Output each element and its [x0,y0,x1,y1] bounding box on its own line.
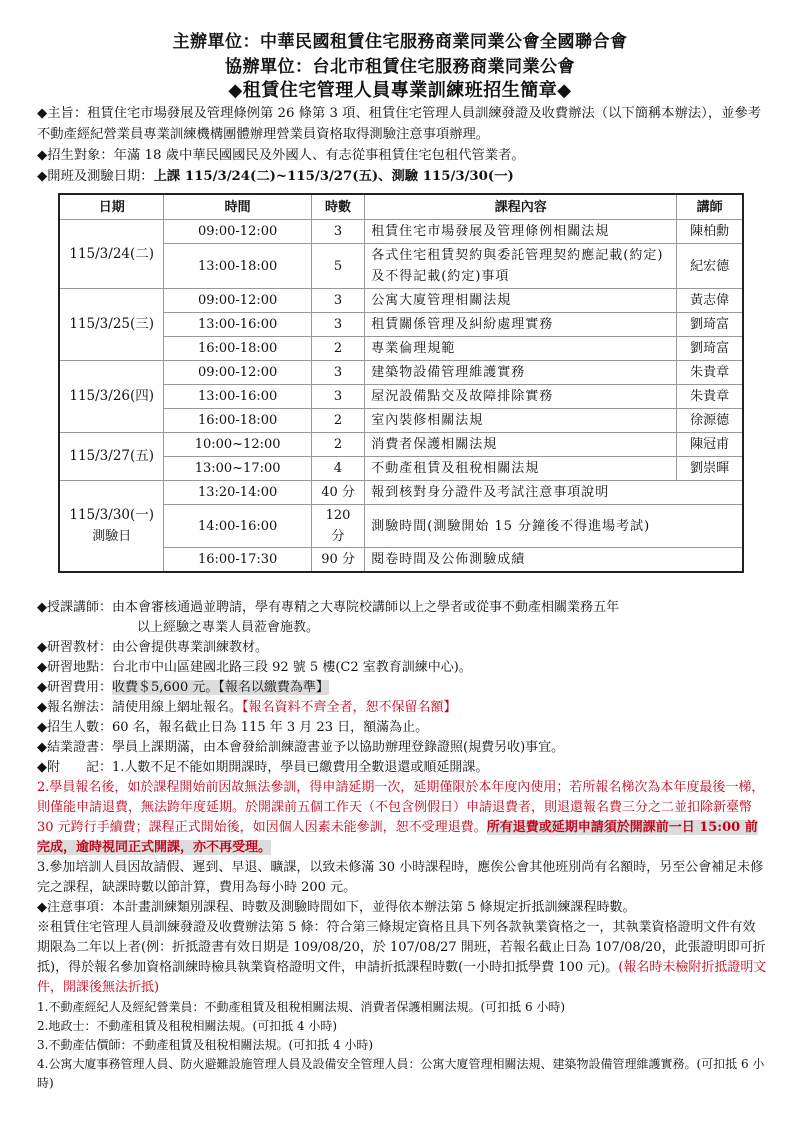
teacher-cell: 陳柏勳 [677,220,743,244]
table-header-row: 日期 時間 時數 課程內容 講師 [59,194,743,220]
table-row: 115/3/27(五) 10:00~12:00 2 消費者保護相關法規 陳冠甫 [59,433,743,457]
hours-cell: 2 [311,409,364,433]
signup-label: ◆報名辦法：請使用線上網址報名。 [37,700,242,715]
time-cell: 09:00-12:00 [164,220,311,244]
target-text: 年滿 18 歲中華民國國民及外國人、有志從事租賃住宅包租代管業者。 [114,148,525,163]
note2-paragraph: 2.學員報名後，如於課程開始前因故無法參訓，得申請延期一次，延期僅限於本年度內使… [37,778,767,858]
enrollment-brochure: 主辦單位：中華民國租賃住宅服務商業同業公會全國聯合會 協辦單位：台北市租賃住宅服… [0,0,800,1131]
signup-paragraph: ◆報名辦法：請使用線上網址報名。【報名資料不齊全者，恕不保留名額】 [37,698,767,718]
hours-cell: 120 分 [311,505,364,548]
time-cell: 13:00~17:00 [164,457,311,481]
fee-paragraph: ◆研習費用：收費＄5,600 元。【報名以繳費為準】 [37,678,767,698]
teacher-cell: 黃志偉 [677,289,743,313]
instructors-label: ◆授課講師： [37,600,112,615]
caution-paragraph: ◆注意事項：本計畫訓練類別課程、時數及測驗時間如下，並得依本辦法第 5 條規定折… [37,898,767,918]
purpose-label: ◆主旨： [37,106,87,121]
exam-day-label: 測驗日 [66,526,157,547]
target-paragraph: ◆招生對象：年滿 18 歲中華民國國民及外國人、有志從事租賃住宅包租代管業者。 [37,145,767,166]
offset-item: 3.不動產估價師：不動產租賃及租稅相關法規。(可扣抵 4 小時) [37,1036,767,1055]
time-cell: 10:00~12:00 [164,433,311,457]
certificate-paragraph: ◆結業證書：學員上課期滿，由本會發給訓練證書並予以協助辦理登錄證照(規費另收)事… [37,738,767,758]
hours-cell: 90 分 [311,548,364,573]
time-cell: 13:00-16:00 [164,385,311,409]
teacher-cell: 劉琦富 [677,337,743,361]
instructors-paragraph: ◆授課講師：由本會審核通過並聘請，學有專精之大專院校講師以上之學者或從事不動產相… [37,598,767,618]
course-cell: 測驗時間(測驗開始 15 分鐘後不得進場考試) [365,505,743,548]
schedule-table: 日期 時間 時數 課程內容 講師 115/3/24(二) 09:00-12:00… [58,193,744,573]
signup-warning: 【報名資料不齊全者，恕不保留名額】 [242,700,457,715]
time-cell: 14:00-16:00 [164,505,311,548]
target-label: ◆招生對象： [37,148,114,163]
course-cell: 閱卷時間及公佈測驗成績 [365,548,743,573]
hours-cell: 5 [311,244,364,289]
hours-cell: 40 分 [311,481,364,505]
hours-cell: 3 [311,361,364,385]
teacher-cell: 劉琦富 [677,313,743,337]
date-cell: 115/3/25(三) [59,289,164,361]
teacher-cell: 朱貴章 [677,361,743,385]
enrollment-paragraph: ◆招生人數：60 名，報名截止日為 115 年 3 月 23 日，額滿為止。 [37,718,767,738]
notes-label: ◆附 記： [37,760,112,775]
table-row: 115/3/25(三) 09:00-12:00 3 公寓大廈管理相關法規 黃志偉 [59,289,743,313]
materials-paragraph: ◆研習教材：由公會提供專業訓練教材。 [37,638,767,658]
course-cell: 各式住宅租賃契約與委託管理契約應記載(約定)及不得記載(約定)事項 [365,244,677,289]
hours-cell: 2 [311,337,364,361]
table-row: 115/3/30(一) 測驗日 13:20-14:00 40 分 報到核對身分證… [59,481,743,505]
time-cell: 09:00-12:00 [164,361,311,385]
teacher-cell: 朱貴章 [677,385,743,409]
details-section: ◆授課講師：由本會審核通過並聘請，學有專精之大專院校講師以上之學者或從事不動產相… [37,598,767,1093]
header-hours: 時數 [311,194,364,220]
hours-cell: 3 [311,313,364,337]
hours-cell: 3 [311,220,364,244]
header-course: 課程內容 [365,194,677,220]
dates-text: 上課 115/3/24(二)~115/3/27(五)、測驗 115/3/30(一… [154,169,514,184]
date-cell: 115/3/26(四) [59,361,164,433]
course-cell: 租賃關係管理及糾紛處理實務 [365,313,677,337]
header-teacher: 講師 [677,194,743,220]
course-cell: 消費者保護相關法規 [365,433,677,457]
time-cell: 16:00-18:00 [164,337,311,361]
time-cell: 09:00-12:00 [164,289,311,313]
date-cell: 115/3/24(二) [59,220,164,289]
course-cell: 公寓大廈管理相關法規 [365,289,677,313]
course-cell: 屋況設備點交及故障排除實務 [365,385,677,409]
hours-cell: 3 [311,289,364,313]
co-organizer-line: 協辦單位：台北市租賃住宅服務商業同業公會 [0,55,800,79]
fee-label: ◆研習費用： [37,680,112,695]
date-cell: 115/3/27(五) [59,433,164,481]
offset-item: 4.公寓大廈事務管理人員、防火避難設施管理人員及設備安全管理人員：公寓大廈管理相… [37,1055,767,1093]
time-cell: 13:20-14:00 [164,481,311,505]
dates-label: ◆開班及測驗日期： [37,169,154,184]
note3-paragraph: 3.參加培訓人員因故請假、遲到、早退、曠課，以致未修滿 30 小時課程時，應俟公… [37,858,767,898]
dates-paragraph: ◆開班及測驗日期：上課 115/3/24(二)~115/3/27(五)、測驗 1… [37,166,767,187]
table-row: 115/3/24(二) 09:00-12:00 3 租賃住宅市場發展及管理條例相… [59,220,743,244]
exam-date-cell: 115/3/30(一) 測驗日 [59,481,164,573]
fee-text: 收費＄5,600 元。【報名以繳費為準】 [112,680,329,695]
purpose-paragraph: ◆主旨：租賃住宅市場發展及管理條例第 26 條第 3 項、租賃住宅管理人員訓練發… [37,103,767,145]
course-cell: 不動產租賃及租稅相關法規 [365,457,677,481]
location-paragraph: ◆研習地點：台北市中山區建國北路三段 92 號 5 樓(C2 室教育訓練中心)。 [37,658,767,678]
article5-paragraph: ※租賃住宅管理人員訓練發證及收費辦法第 5 條：符合第三條規定資格且具下列各款執… [37,918,767,998]
brochure-title: ◆租賃住宅管理人員專業訓練班招生簡章◆ [0,79,800,103]
teacher-cell: 徐源德 [677,409,743,433]
time-cell: 16:00-17:30 [164,548,311,573]
note1-text: 1.人數不足不能如期開課時，學員已繳費用全數退還或順延開課。 [112,760,488,775]
hours-cell: 2 [311,433,364,457]
intro-section: ◆主旨：租賃住宅市場發展及管理條例第 26 條第 3 項、租賃住宅管理人員訓練發… [37,103,767,187]
teacher-cell: 陳冠甫 [677,433,743,457]
exam-date: 115/3/30(一) [69,507,154,523]
organizer-line: 主辦單位：中華民國租賃住宅服務商業同業公會全國聯合會 [0,30,800,54]
instructors-text: 由本會審核通過並聘請，學有專精之大專院校講師以上之學者或從事不動產相關業務五年 [112,600,619,615]
course-cell: 專業倫理規範 [365,337,677,361]
offset-item: 1.不動產經紀人及經紀營業員：不動產租賃及租稅相關法規、消費者保護相關法規。(可… [37,998,767,1017]
hours-cell: 4 [311,457,364,481]
header-time: 時間 [164,194,311,220]
course-cell: 建築物設備管理維護實務 [365,361,677,385]
time-cell: 16:00-18:00 [164,409,311,433]
header-date: 日期 [59,194,164,220]
instructors-paragraph-cont: 以上經驗之專業人員蒞會施教。 [37,618,767,638]
purpose-text: 租賃住宅市場發展及管理條例第 26 條第 3 項、租賃住宅管理人員訓練發證及收費… [37,106,761,142]
note1-paragraph: ◆附 記：1.人數不足不能如期開課時，學員已繳費用全數退還或順延開課。 [37,758,767,778]
course-cell: 租賃住宅市場發展及管理條例相關法規 [365,220,677,244]
table-row: 115/3/26(四) 09:00-12:00 3 建築物設備管理維護實務 朱貴… [59,361,743,385]
time-cell: 13:00-16:00 [164,313,311,337]
teacher-cell: 劉崇暉 [677,457,743,481]
offset-item: 2.地政士：不動產租賃及租稅相關法規。(可扣抵 4 小時) [37,1017,767,1036]
teacher-cell: 紀宏德 [677,244,743,289]
hours-cell: 3 [311,385,364,409]
course-cell: 報到核對身分證件及考試注意事項說明 [365,481,743,505]
course-cell: 室內裝修相關法規 [365,409,677,433]
time-cell: 13:00-18:00 [164,244,311,289]
